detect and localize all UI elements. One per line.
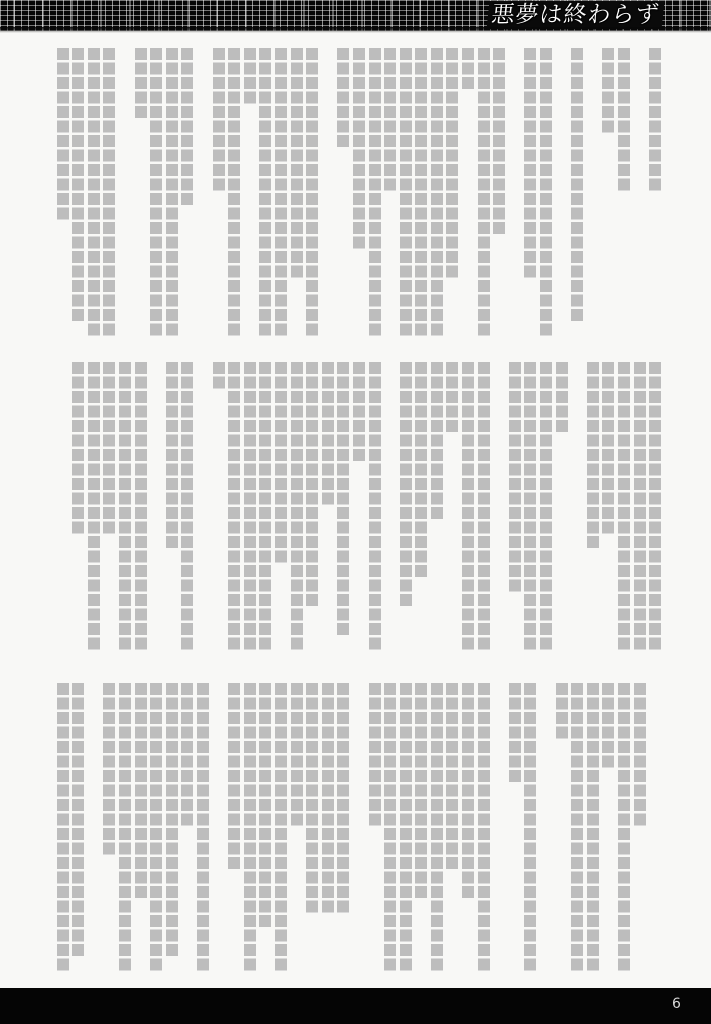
redacted-text-block [135,48,147,118]
text-column [258,48,274,336]
redacted-text-block [135,683,147,898]
text-column [164,683,180,956]
redacted-text-block [213,48,225,191]
redacted-text-block [72,683,84,956]
text-column [569,683,585,971]
redacted-text-block [462,362,474,650]
redacted-text-block [88,362,100,650]
text-column [273,48,289,336]
redacted-text-block [571,683,583,971]
redacted-text-block [384,683,396,971]
redacted-text-block [150,683,162,971]
redacted-text-block [369,48,381,336]
text-column [632,683,648,826]
text-column [336,683,352,913]
text-column [289,683,305,826]
text-column [414,362,430,577]
text-column [445,362,461,432]
text-column [148,683,164,971]
text-column [445,683,461,869]
redacted-text-block [103,48,115,336]
text-column [133,683,149,898]
redacted-text-block [400,683,412,971]
redacted-text-block [400,362,412,606]
redacted-text-block [649,362,661,650]
redacted-text-block [509,683,521,782]
text-column [242,48,258,104]
text-column [242,683,258,971]
text-column [211,362,227,389]
text-column [211,48,227,191]
redacted-text-block [649,48,661,191]
text-column [414,683,430,898]
redacted-text-block [306,48,318,336]
redacted-text-block [618,48,630,191]
text-column [273,362,289,563]
redacted-text-block [602,48,614,133]
text-column [398,362,414,606]
text-column [351,48,367,249]
redacted-text-block [446,683,458,869]
text-column [273,683,289,971]
redacted-text-block [431,683,443,971]
redacted-text-block [259,362,271,650]
text-tier-middle [70,362,663,650]
redacted-text-block [400,48,412,336]
text-column [226,362,242,650]
text-column [507,362,523,592]
text-column [382,48,398,191]
redacted-text-block [291,48,303,278]
redacted-text-block [618,683,630,971]
redacted-text-block [431,362,443,519]
text-column [336,48,352,147]
redacted-text-block [306,362,318,606]
text-column [476,683,492,971]
redacted-text-block [259,683,271,927]
text-column [429,683,445,971]
text-column [226,48,242,336]
redacted-text-block [446,48,458,278]
text-column [320,683,336,913]
redacted-text-block [384,48,396,191]
text-column [460,48,476,89]
redacted-text-block [353,48,365,249]
text-column [585,362,601,548]
text-column [585,683,601,971]
redacted-text-block [244,683,256,971]
redacted-text-block [587,362,599,548]
redacted-text-block [166,683,178,956]
text-column [102,362,118,534]
text-column [632,362,648,650]
redacted-text-block [119,683,131,971]
redacted-text-block [322,362,334,505]
text-column [367,683,383,826]
page-number: 6 [672,996,681,1012]
redacted-text-block [602,683,614,768]
redacted-text-block [88,48,100,336]
text-column [55,48,71,220]
redacted-text-block [291,362,303,650]
redacted-text-block [540,48,552,336]
text-column [601,48,617,133]
redacted-text-block [369,362,381,650]
redacted-text-block [181,362,193,650]
redacted-text-block [462,683,474,898]
redacted-text-block [72,362,84,534]
redacted-text-block [369,683,381,826]
redacted-text-block [275,48,287,336]
text-column [117,683,133,971]
redacted-text-block [244,48,256,104]
redacted-text-block [524,48,536,278]
text-column [398,48,414,336]
text-column [86,48,102,336]
text-column [554,683,570,739]
redacted-text-block [103,683,115,855]
redacted-text-block [119,362,131,650]
text-column [429,48,445,336]
text-column [476,362,492,650]
redacted-text-block [244,362,256,650]
redacted-text-block [415,362,427,577]
text-column [429,362,445,519]
text-column [164,48,180,336]
redacted-text-block [634,683,646,826]
text-column [414,48,430,336]
redacted-text-block [322,683,334,913]
redacted-text-block [135,362,147,650]
redacted-text-block [103,362,115,534]
text-column [491,48,507,234]
text-column [538,48,554,336]
redacted-text-block [275,362,287,563]
redacted-text-block [228,48,240,336]
redacted-text-block [228,683,240,869]
redacted-text-block [291,683,303,826]
text-column [523,48,539,278]
text-column [180,48,196,205]
text-column [180,683,196,826]
text-column [258,683,274,927]
text-column [117,362,133,650]
redacted-text-block [634,362,646,650]
redacted-text-block [228,362,240,650]
text-column [445,48,461,278]
text-tier-bottom [55,683,663,971]
text-column [289,48,305,278]
redacted-text-block [337,683,349,913]
text-column [70,362,86,534]
text-column [351,362,367,461]
text-column [242,362,258,650]
text-column [320,362,336,505]
redacted-text-block [415,683,427,898]
redacted-text-block [57,48,69,220]
redacted-text-block [524,362,536,650]
redacted-text-block [556,362,568,432]
text-column [289,362,305,650]
redacted-text-block [509,362,521,592]
text-column [336,362,352,635]
redacted-text-block [166,48,178,336]
text-column [367,362,383,650]
text-column [70,48,86,321]
redacted-text-block [618,362,630,650]
redacted-text-block [275,683,287,971]
redacted-text-block [602,362,614,534]
text-column [304,683,320,913]
footer-band: 6 [0,988,711,1024]
redacted-text-block [181,683,193,826]
text-column [460,683,476,898]
text-column [304,48,320,336]
redacted-text-block [540,362,552,650]
redacted-text-block [431,48,443,336]
text-tier-top [55,48,663,336]
redacted-text-block [478,683,490,971]
text-column [398,683,414,971]
text-column [258,362,274,650]
text-column [133,48,149,118]
text-column [70,683,86,956]
redacted-text-block [478,362,490,650]
redacted-text-block [415,48,427,336]
text-column [102,48,118,336]
redacted-text-block [213,362,225,389]
redacted-text-block [150,48,162,336]
text-column [304,362,320,606]
redacted-text-block [197,683,209,971]
text-column [507,683,523,782]
text-column [195,683,211,971]
redacted-text-block [524,683,536,971]
redacted-text-block [166,362,178,548]
redacted-text-block [72,48,84,321]
text-column [476,48,492,336]
redacted-text-block [478,48,490,336]
text-column [523,362,539,650]
text-column [180,362,196,650]
redacted-text-block [306,683,318,913]
redacted-text-block [462,48,474,89]
text-column [148,48,164,336]
text-column [569,48,585,321]
redacted-text-block [571,48,583,321]
text-column [382,683,398,971]
text-column [133,362,149,650]
text-column [616,48,632,191]
text-column [538,362,554,650]
text-column [102,683,118,855]
redacted-text-block [181,48,193,205]
text-column [523,683,539,971]
text-column [55,683,71,971]
redacted-text-block [57,683,69,971]
redacted-text-block [493,48,505,234]
text-column [164,362,180,548]
chapter-title: 悪夢は終わらず [487,1,665,29]
text-column [601,362,617,534]
redacted-text-block [259,48,271,336]
text-column [616,683,632,971]
text-column [226,683,242,869]
text-column [554,362,570,432]
redacted-text-block [337,48,349,147]
redacted-text-block [337,362,349,635]
text-column [86,362,102,650]
redacted-text-block [587,683,599,971]
redacted-text-block [353,362,365,461]
redacted-text-block [556,683,568,739]
text-column [601,683,617,768]
text-column [647,48,663,191]
text-column [460,362,476,650]
redacted-text-block [446,362,458,432]
text-column [616,362,632,650]
header-shadow [0,27,711,33]
text-column [367,48,383,336]
text-column [647,362,663,650]
